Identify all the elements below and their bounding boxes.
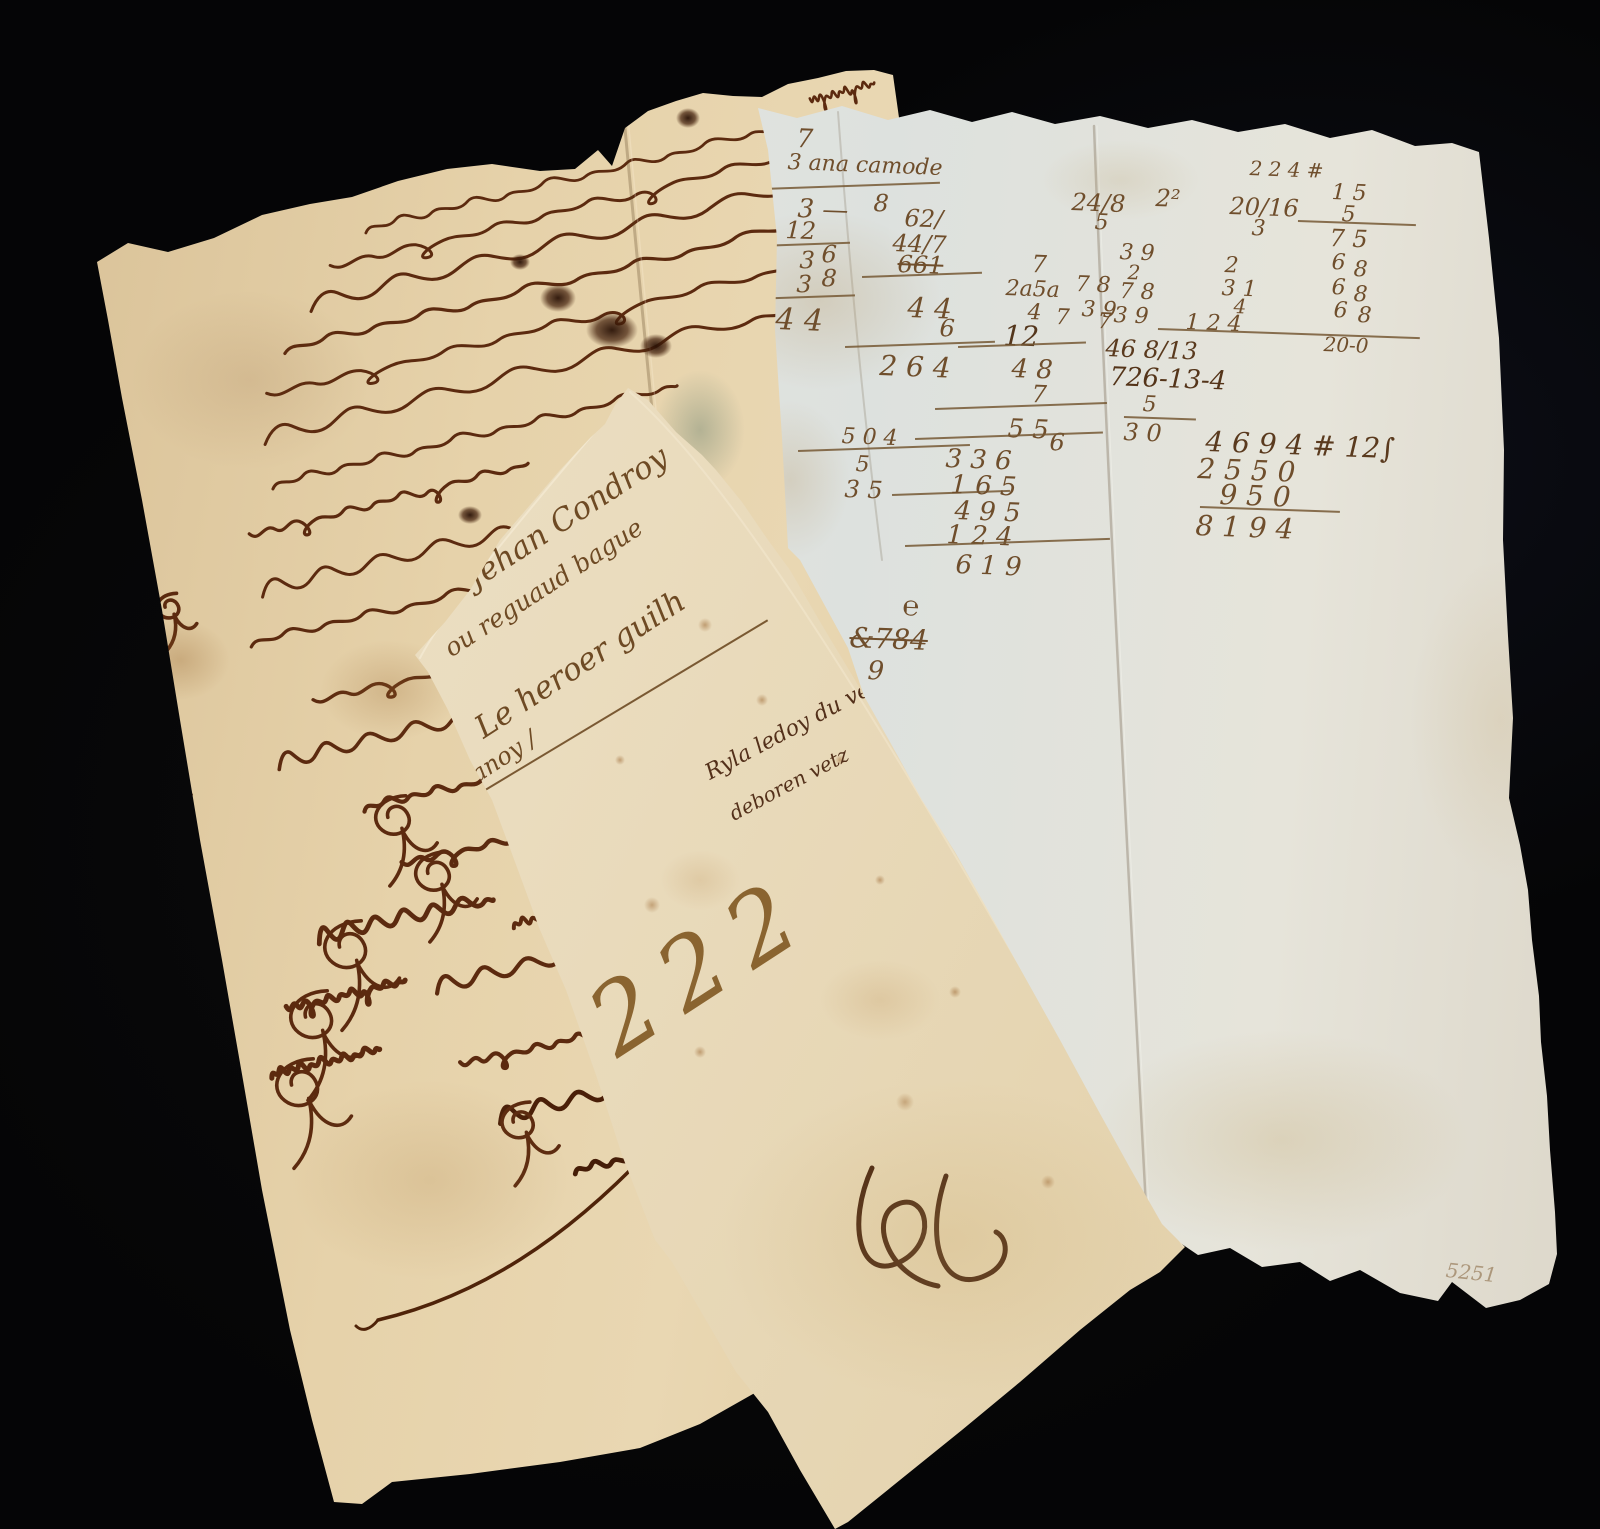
- handwritten-number: 8: [1357, 305, 1372, 328]
- handwritten-number: 8 1 9 4: [1195, 512, 1294, 544]
- paper-stain: [1410, 560, 1590, 880]
- handwritten-number: 3: [1251, 218, 1266, 241]
- handwritten-number: 12: [1003, 322, 1040, 351]
- handwritten-number: 3: [799, 248, 815, 273]
- paper-stain: [644, 897, 660, 913]
- handwritten-number: 8: [821, 266, 837, 291]
- handwritten-number: 6: [1331, 252, 1346, 275]
- paper-stain: [694, 1046, 706, 1058]
- handwritten-number: ℮: [902, 592, 920, 621]
- handwritten-number: 7 8: [1075, 274, 1111, 297]
- handwritten-number: 6: [1331, 277, 1346, 300]
- handwritten-number: 5251: [1445, 1260, 1498, 1285]
- paper-stain: [698, 618, 712, 632]
- paper-stain: [756, 694, 768, 706]
- paper-stain: [820, 960, 940, 1040]
- handwritten-number: 7: [1031, 382, 1047, 407]
- handwritten-number: 2²: [1155, 186, 1181, 211]
- handwritten-number: 9: [867, 658, 885, 685]
- handwritten-number: 3 5: [844, 477, 883, 502]
- paper-stain: [896, 1093, 914, 1111]
- handwritten-number: 5: [1142, 394, 1157, 417]
- handwritten-number: 3 0: [1123, 420, 1162, 445]
- handwritten-number: 7: [796, 126, 814, 153]
- paper-stain: [949, 986, 961, 998]
- sum-rule: [935, 402, 1107, 410]
- handwritten-number: 6: [1333, 300, 1348, 323]
- ink-blot: [586, 128, 618, 152]
- ink-blot: [559, 78, 611, 114]
- paper-stain: [130, 620, 230, 700]
- handwritten-number: 20-0: [1323, 334, 1369, 356]
- handwritten-number: 7 8: [1119, 281, 1155, 304]
- handwritten-number: 4 4: [775, 305, 824, 337]
- handwritten-number: 5: [855, 454, 870, 477]
- handwritten-number: 5 5: [1007, 416, 1049, 444]
- handwritten-number: 3 9: [1113, 305, 1149, 328]
- handwritten-number: 726-13-4: [1109, 364, 1227, 394]
- handwritten-number: 7: [1055, 307, 1070, 330]
- ink-blot: [640, 334, 672, 358]
- handwritten-number: &784: [849, 624, 928, 655]
- ink-blot: [458, 506, 482, 524]
- paper-stain: [875, 875, 885, 885]
- handwritten-number: 6: [821, 242, 837, 267]
- ink-blot: [676, 108, 700, 128]
- paper-stain: [615, 755, 625, 765]
- photograph-of-three-antique-manuscripts: { "scene": { "background_color": "#05050…: [0, 0, 1600, 1529]
- handwritten-number: 8: [1353, 259, 1368, 282]
- paper-stain: [130, 290, 370, 470]
- paper-stain: [1041, 1175, 1055, 1189]
- handwritten-number: 2: [1224, 255, 1239, 278]
- handwritten-number: 46 8/13: [1105, 336, 1198, 364]
- handwritten-number: 62/: [904, 206, 944, 231]
- handwritten-number: 2 6 4: [879, 352, 951, 383]
- handwritten-number: 12: [785, 218, 816, 243]
- handwritten-number: 6 1 9: [955, 552, 1022, 581]
- handwritten-number: 3: [796, 272, 812, 297]
- paper-stain: [290, 1080, 570, 1280]
- handwritten-number: 6: [939, 316, 955, 341]
- handwritten-number: 7: [1031, 252, 1047, 277]
- handwritten-number: 8: [873, 191, 889, 216]
- sum-rule: [762, 182, 940, 190]
- handwritten-word: 2a5a: [1005, 278, 1060, 302]
- handwritten-number: 1 2 4: [946, 522, 1013, 551]
- handwritten-number: 2 2 4 #: [1249, 158, 1324, 181]
- handwritten-number: 7 5: [1329, 226, 1368, 251]
- handwritten-number: 7: [1097, 311, 1112, 334]
- ink-blot: [540, 284, 576, 312]
- handwritten-word: 3 ana camode: [787, 152, 943, 180]
- handwritten-number: 5: [1094, 212, 1109, 235]
- ink-blot: [586, 312, 638, 348]
- ink-blot: [510, 254, 530, 270]
